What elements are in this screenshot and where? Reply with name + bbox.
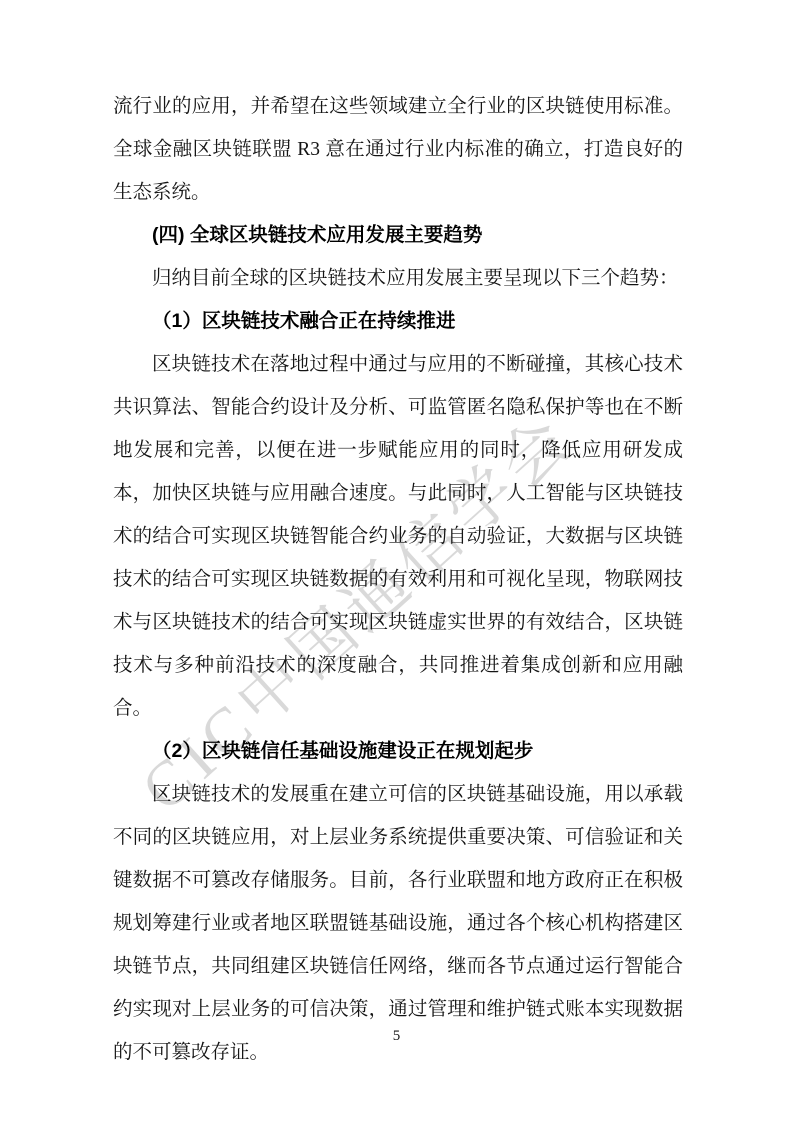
section-heading-4: (四) 全球区块链技术应用发展主要趋势: [113, 214, 683, 257]
paragraph-trends-intro: 归纳目前全球的区块链技术应用发展主要呈现以下三个趋势：: [113, 257, 683, 300]
paragraph-trend-1: 区块链技术在落地过程中通过与应用的不断碰撞，其核心技术共识算法、智能合约设计及分…: [113, 343, 683, 730]
page-body: 流行业的应用，并希望在这些领域建立全行业的区块链使用标准。全球金融区块链联盟 R…: [113, 85, 683, 1074]
subsection-heading-1: （1）区块链技术融合正在持续推进: [113, 300, 683, 343]
document-page: CIC中国通信学会 流行业的应用，并希望在这些领域建立全行业的区块链使用标准。全…: [0, 0, 793, 1122]
paragraph-continuation: 流行业的应用，并希望在这些领域建立全行业的区块链使用标准。全球金融区块链联盟 R…: [113, 85, 683, 214]
page-number: 5: [0, 1026, 793, 1046]
subsection-heading-2: （2）区块链信任基础设施建设正在规划起步: [113, 730, 683, 773]
